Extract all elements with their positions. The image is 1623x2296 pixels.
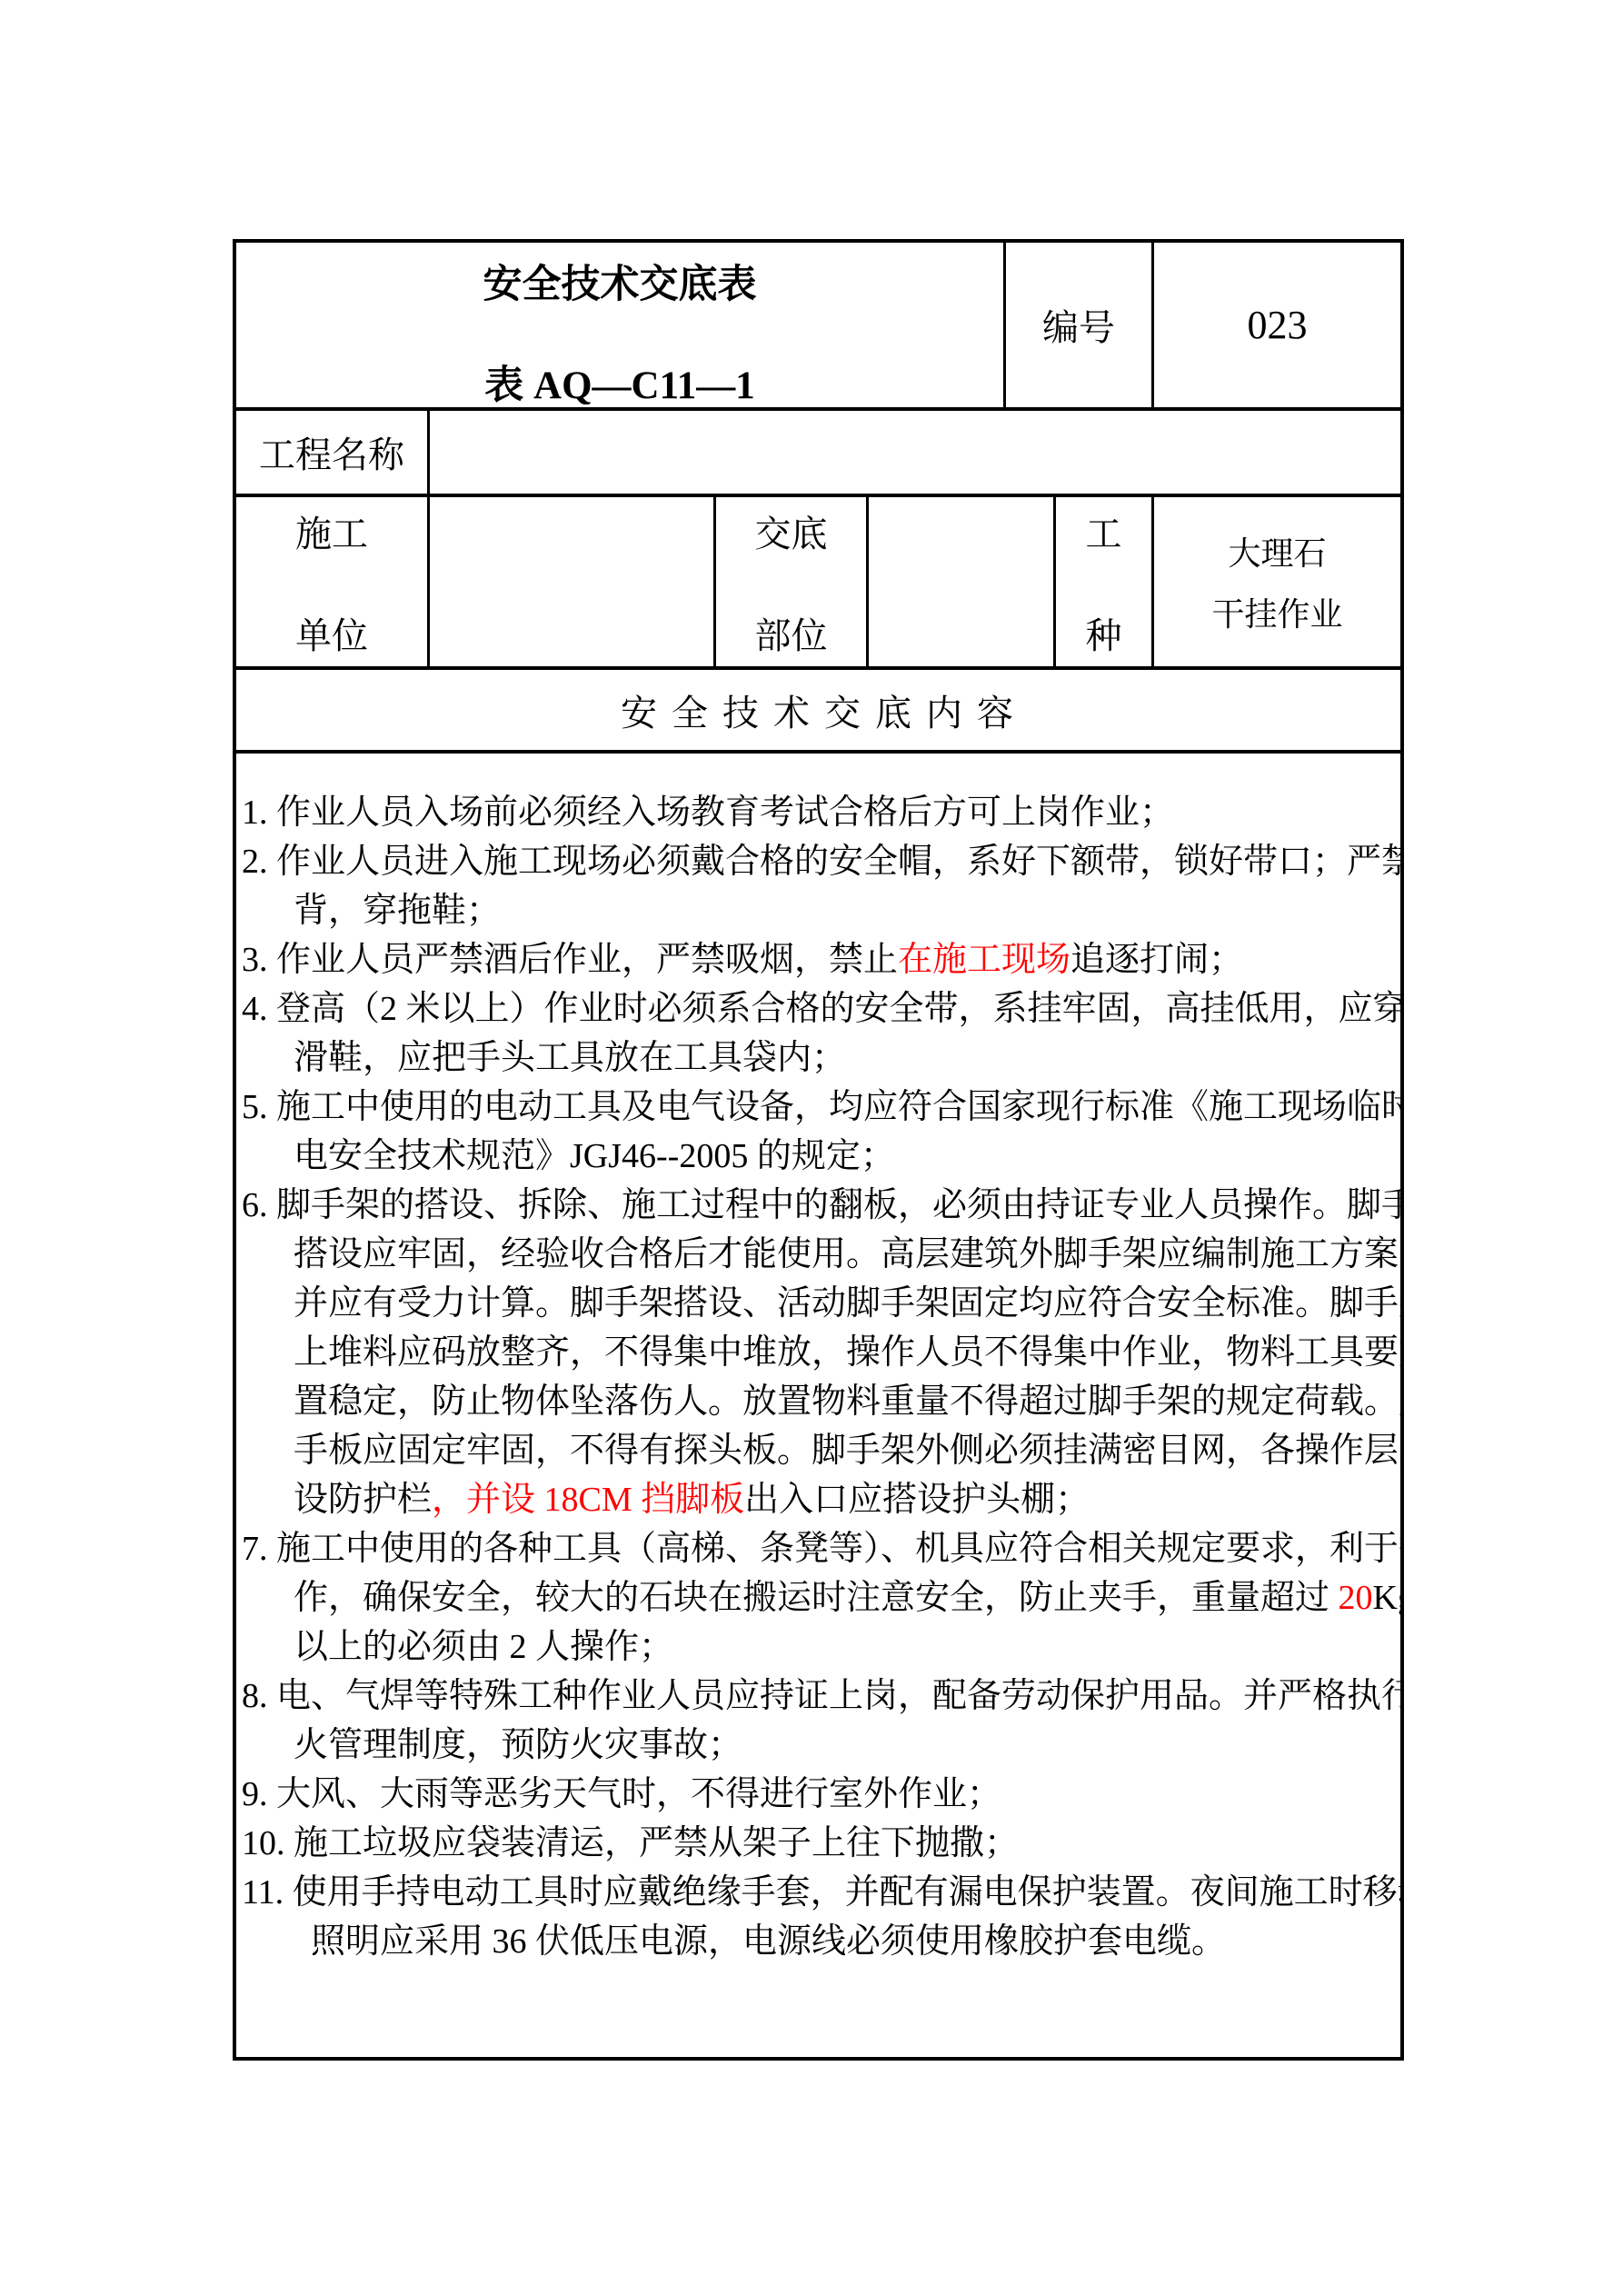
content-line: 以上的必须由 2 人操作； (242, 1622, 1393, 1672)
content-line: 搭设应牢固，经验收合格后才能使用。高层建筑外脚手架应编制施工方案， (242, 1230, 1393, 1279)
text-segment: 9. 大风、大雨等恶劣天气时，不得进行室外作业； (242, 1775, 1001, 1813)
work-type-value-line2: 干挂作业 (1211, 589, 1342, 635)
form-code: 表 AQ—C11—1 (484, 354, 754, 408)
content-line: 3. 作业人员严禁酒后作业，严禁吸烟，禁止在施工现场追逐打闹； (242, 935, 1393, 984)
project-name-label: 工程名称 (259, 426, 404, 478)
content-line: 火管理制度，预防火灾事故； (242, 1721, 1393, 1770)
highlighted-text: 在施工现场 (898, 941, 1070, 979)
header-row: 安全技术交底表 表 AQ—C11—1 编号 023 (236, 243, 1400, 411)
content-line: 11. 使用手持电动工具时应戴绝缘手套，并配有漏电保护装置。夜间施工时移动 (242, 1868, 1393, 1917)
disclosure-part-label-line1: 交底 (755, 505, 828, 557)
section-title-row: 安 全 技 术 交 底 内 容 (236, 670, 1400, 754)
number-value: 023 (1248, 302, 1308, 348)
info-row: 施工 单位 交底 部位 工 种 大理石 干挂作业 (236, 497, 1400, 670)
content-line: 5. 施工中使用的电动工具及电气设备，均应符合国家现行标准《施工现场临时用 (242, 1083, 1393, 1132)
text-segment: 1. 作业人员入场前必须经入场教育考试合格后方可上岗作业； (242, 794, 1174, 832)
disclosure-part-label-cell: 交底 部位 (716, 497, 869, 666)
document-page: { "header": { "title_line1": "安全技术交底表", … (0, 0, 1623, 2296)
text-segment: 3. 作业人员严禁酒后作业，严禁吸烟，禁止 (242, 941, 898, 979)
text-segment: 出入口应搭设护头棚； (744, 1481, 1090, 1519)
content-line: 8. 电、气焊等特殊工种作业人员应持证上岗，配备劳动保护用品。并严格执行用 (242, 1672, 1393, 1721)
text-segment: 7. 施工中使用的各种工具（高梯、条凳等）、机具应符合相关规定要求，利于操 (242, 1530, 1400, 1568)
highlighted-text: 20 (1339, 1579, 1373, 1617)
number-label-cell: 编号 (1006, 243, 1154, 407)
construction-unit-label-cell: 施工 单位 (236, 497, 430, 666)
text-segment: 追逐打闹； (1070, 941, 1243, 979)
content-line: 9. 大风、大雨等恶劣天气时，不得进行室外作业； (242, 1770, 1393, 1819)
text-segment: 火管理制度，预防火灾事故； (294, 1726, 742, 1764)
content-line: 滑鞋，应把手头工具放在工具袋内； (242, 1033, 1393, 1083)
text-segment: 5. 施工中使用的电动工具及电气设备，均应符合国家现行标准《施工现场临时用 (242, 1088, 1400, 1126)
text-segment: Kg (1373, 1579, 1400, 1617)
content-items: 1. 作业人员入场前必须经入场教育考试合格后方可上岗作业；2. 作业人员进入施工… (242, 788, 1393, 1966)
content-line: 2. 作业人员进入施工现场必须戴合格的安全帽，系好下额带，锁好带口；严禁赤 (242, 837, 1393, 886)
text-segment: 11. 使用手持电动工具时应戴绝缘手套，并配有漏电保护装置。夜间施工时移动 (242, 1873, 1400, 1912)
text-segment: 并应有受力计算。脚手架搭设、活动脚手架固定均应符合安全标准。脚手架 (294, 1284, 1400, 1323)
disclosure-part-value-cell (869, 497, 1056, 666)
content-line: 7. 施工中使用的各种工具（高梯、条凳等）、机具应符合相关规定要求，利于操 (242, 1524, 1393, 1573)
text-segment: 背，穿拖鞋； (294, 892, 501, 930)
content-row: 1. 作业人员入场前必须经入场教育考试合格后方可上岗作业；2. 作业人员进入施工… (236, 754, 1400, 2057)
content-line: 6. 脚手架的搭设、拆除、施工过程中的翻板，必须由持证专业人员操作。脚手架 (242, 1181, 1393, 1230)
project-name-value-cell (430, 411, 1400, 494)
section-title-cell: 安 全 技 术 交 底 内 容 (236, 670, 1400, 750)
text-segment: 手板应固定牢固，不得有探头板。脚手架外侧必须挂满密目网，各操作层应 (294, 1432, 1400, 1470)
disclosure-part-label-line2: 部位 (755, 607, 828, 659)
content-line: 作，确保安全，较大的石块在搬运时注意安全，防止夹手，重量超过 20Kg (242, 1573, 1393, 1622)
highlighted-text: ，并设 18CM 挡脚板 (432, 1481, 744, 1519)
content-line: 1. 作业人员入场前必须经入场教育考试合格后方可上岗作业； (242, 788, 1393, 837)
work-type-label-line1: 工 (1086, 505, 1122, 557)
construction-unit-label-line1: 施工 (295, 505, 368, 557)
text-segment: 8. 电、气焊等特殊工种作业人员应持证上岗，配备劳动保护用品。并严格执行用 (242, 1677, 1400, 1715)
form-title: 安全技术交底表 (483, 254, 757, 309)
text-segment: 设防护栏 (294, 1481, 432, 1519)
work-type-label-line2: 种 (1086, 607, 1122, 659)
text-segment: 照明应采用 36 伏低压电源，电源线必须使用橡胶护套电缆。 (311, 1922, 1226, 1961)
construction-unit-value-cell (430, 497, 716, 666)
work-type-value-cell: 大理石 干挂作业 (1154, 497, 1400, 666)
text-segment: 6. 脚手架的搭设、拆除、施工过程中的翻板，必须由持证专业人员操作。脚手架 (242, 1186, 1400, 1224)
content-line: 并应有受力计算。脚手架搭设、活动脚手架固定均应符合安全标准。脚手架 (242, 1279, 1393, 1328)
content-line: 设防护栏，并设 18CM 挡脚板出入口应搭设护头棚； (242, 1475, 1393, 1524)
text-segment: 作，确保安全，较大的石块在搬运时注意安全，防止夹手，重量超过 (294, 1579, 1339, 1617)
content-line: 背，穿拖鞋； (242, 886, 1393, 935)
project-name-label-cell: 工程名称 (236, 411, 430, 494)
form-title-cell: 安全技术交底表 表 AQ—C11—1 (236, 243, 1006, 407)
content-line: 电安全技术规范》JGJ46--2005 的规定； (242, 1132, 1393, 1181)
content-cell: 1. 作业人员入场前必须经入场教育考试合格后方可上岗作业；2. 作业人员进入施工… (236, 754, 1400, 2057)
number-label: 编号 (1042, 299, 1115, 351)
section-title: 安 全 技 术 交 底 内 容 (621, 684, 1016, 736)
text-segment: 置稳定，防止物体坠落伤人。放置物料重量不得超过脚手架的规定荷载。脚 (294, 1383, 1400, 1421)
text-segment: 电安全技术规范》JGJ46--2005 的规定； (294, 1137, 895, 1175)
text-segment: 4. 登高（2 米以上）作业时必须系合格的安全带，系挂牢固，高挂低用，应穿防 (242, 990, 1400, 1028)
text-segment: 滑鞋，应把手头工具放在工具袋内； (294, 1039, 846, 1077)
content-line: 手板应固定牢固，不得有探头板。脚手架外侧必须挂满密目网，各操作层应 (242, 1426, 1393, 1475)
content-line: 上堆料应码放整齐，不得集中堆放，操作人员不得集中作业，物料工具要放 (242, 1328, 1393, 1377)
text-segment: 以上的必须由 2 人操作； (294, 1628, 673, 1666)
content-line: 4. 登高（2 米以上）作业时必须系合格的安全带，系挂牢固，高挂低用，应穿防 (242, 984, 1393, 1033)
work-type-value-line1: 大理石 (1228, 528, 1326, 574)
text-segment: 10. 施工垃圾应袋装清运，严禁从架子上往下抛撒； (242, 1824, 1019, 1862)
content-line: 置稳定，防止物体坠落伤人。放置物料重量不得超过脚手架的规定荷载。脚 (242, 1377, 1393, 1426)
text-segment: 搭设应牢固，经验收合格后才能使用。高层建筑外脚手架应编制施工方案， (294, 1235, 1400, 1273)
text-segment: 2. 作业人员进入施工现场必须戴合格的安全帽，系好下额带，锁好带口；严禁赤 (242, 843, 1400, 881)
content-line: 10. 施工垃圾应袋装清运，严禁从架子上往下抛撒； (242, 1819, 1393, 1868)
text-segment: 上堆料应码放整齐，不得集中堆放，操作人员不得集中作业，物料工具要放 (294, 1333, 1400, 1372)
work-type-label-cell: 工 种 (1056, 497, 1154, 666)
number-value-cell: 023 (1154, 243, 1400, 407)
project-name-row: 工程名称 (236, 411, 1400, 497)
content-line: 照明应采用 36 伏低压电源，电源线必须使用橡胶护套电缆。 (242, 1917, 1393, 1966)
construction-unit-label-line2: 单位 (295, 607, 368, 659)
safety-disclosure-form-table: 安全技术交底表 表 AQ—C11—1 编号 023 工程名称 施工 单位 交底 … (233, 239, 1404, 2061)
